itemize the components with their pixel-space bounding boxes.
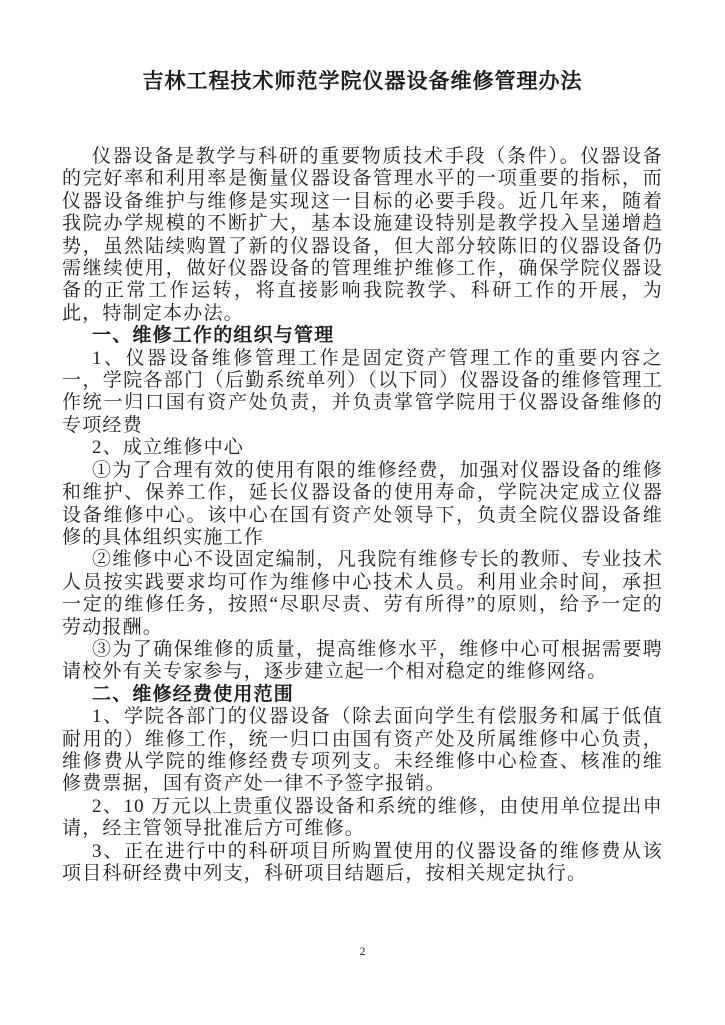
paragraph-org-item-2-sub-3: ③为了确保维修的质量，提高维修水平，维修中心可根据需要聘请校外有关专家参与，逐步… [62, 639, 663, 684]
document-page: 吉林工程技术师范学院仪器设备维修管理办法 仪器设备是教学与科研的重要物质技术手段… [0, 0, 725, 1025]
document-body: 仪器设备是教学与科研的重要物质技术手段（条件）。仪器设备的完好率和利用率是衡量仪… [62, 146, 663, 885]
paragraph-org-item-1: 1、仪器设备维修管理工作是固定资产管理工作的重要内容之一，学院各部门（后勤系统单… [62, 348, 663, 438]
page-number: 2 [0, 944, 725, 959]
paragraph-org-item-2-sub-2: ②维修中心不设固定编制，凡我院有维修专长的教师、专业技术人员按实践要求均可作为维… [62, 549, 663, 639]
paragraph-intro: 仪器设备是教学与科研的重要物质技术手段（条件）。仪器设备的完好率和利用率是衡量仪… [62, 146, 663, 325]
paragraph-funds-item-2: 2、10 万元以上贵重仪器设备和系统的维修，由使用单位提出申请，经主管领导批准后… [62, 796, 663, 841]
paragraph-funds-item-3: 3、正在进行中的科研项目所购置使用的仪器设备的维修费从该项目科研经费中列支，科研… [62, 841, 663, 886]
paragraph-org-item-2-sub-1: ①为了合理有效的使用有限的维修经费，加强对仪器设备的维修和维护、保养工作，延长仪… [62, 460, 663, 550]
document-title: 吉林工程技术师范学院仪器设备维修管理办法 [62, 66, 663, 96]
section-heading-organization: 一、维修工作的组织与管理 [62, 325, 663, 347]
section-heading-funds-scope: 二、维修经费使用范围 [62, 684, 663, 706]
paragraph-funds-item-1: 1、学院各部门的仪器设备（除去面向学生有偿服务和属于低值耐用的）维修工作，统一归… [62, 706, 663, 796]
paragraph-org-item-2: 2、成立维修中心 [62, 437, 663, 459]
